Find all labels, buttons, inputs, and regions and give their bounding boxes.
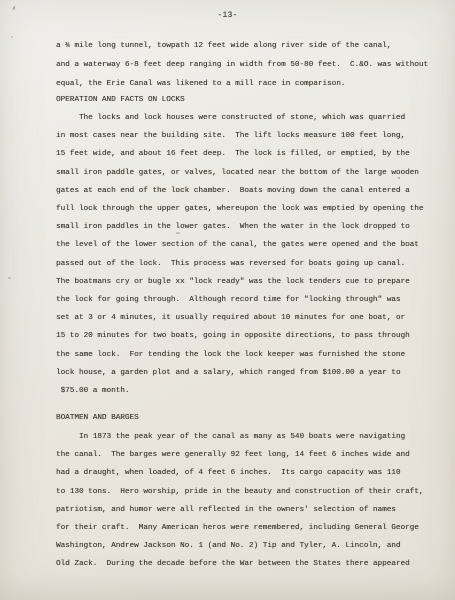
text-line: Washington, Andrew Jackson No. 1 (and No… bbox=[56, 537, 423, 555]
text-line: had a draught, when loaded, of 4 feet 6 … bbox=[56, 464, 423, 482]
text-line: $75.00 a month. bbox=[56, 382, 423, 400]
text-line: a ¾ mile long tunnel, towpath 12 feet wi… bbox=[56, 37, 428, 56]
text-line: 15 to 20 minutes for two boats, going in… bbox=[56, 327, 423, 345]
scan-speck bbox=[12, 6, 15, 10]
section-heading: BOATMEN AND BARGES bbox=[56, 409, 139, 427]
text-line: the lock for going through. Although rec… bbox=[56, 291, 423, 309]
section-heading: OPERATION AND FACTS ON LOCKS bbox=[56, 91, 185, 109]
text-line: patriotism, and humor were all reflected… bbox=[56, 501, 423, 519]
text-line: In 1873 the peak year of the canal as ma… bbox=[56, 428, 423, 446]
text-line: to 130 tons. Hero worship, pride in the … bbox=[56, 483, 423, 501]
text-line: lock house, a garden plot and a salary, … bbox=[56, 364, 423, 382]
paragraph: In 1873 the peak year of the canal as ma… bbox=[56, 428, 423, 574]
text-line: and a waterway 6-8 feet deep ranging in … bbox=[56, 56, 428, 75]
paragraph: a ¾ mile long tunnel, towpath 12 feet wi… bbox=[56, 37, 428, 94]
text-line: gates at each end of the lock chamber. B… bbox=[56, 182, 423, 200]
text-line: Old Zack. During the decade before the W… bbox=[56, 555, 423, 573]
section-heading-block: OPERATION AND FACTS ON LOCKS bbox=[56, 91, 185, 109]
text-line: the level of the lower section of the ca… bbox=[56, 236, 423, 254]
text-line: 15 feet wide, and about 16 feet deep. Th… bbox=[56, 145, 423, 163]
scan-speck bbox=[11, 36, 13, 38]
paragraph: The locks and lock houses were construct… bbox=[56, 109, 423, 400]
text-line: small iron paddles in the lower gates. W… bbox=[56, 218, 423, 236]
document-page: -13- a ¾ mile long tunnel, towpath 12 fe… bbox=[0, 0, 455, 600]
text-line: full lock through the upper gates, where… bbox=[56, 200, 423, 218]
text-line: the same lock. For tending the lock the … bbox=[56, 346, 423, 364]
text-line: in most cases near the building site. Th… bbox=[56, 127, 423, 145]
page-number: -13- bbox=[0, 11, 455, 20]
text-line: small iron paddle gates, or valves, loca… bbox=[56, 164, 423, 182]
text-line: set at 3 or 4 minutes, it usually requir… bbox=[56, 309, 423, 327]
text-line: the canal. The barges were generally 92 … bbox=[56, 446, 423, 464]
scan-speck bbox=[8, 277, 11, 280]
text-line: The locks and lock houses were construct… bbox=[56, 109, 423, 127]
text-line: for their craft. Many American heros wer… bbox=[56, 519, 423, 537]
text-line: passed out of the lock. This process was… bbox=[56, 255, 423, 273]
section-heading-block: BOATMEN AND BARGES bbox=[56, 409, 139, 427]
text-line: The boatmans cry or bugle xx "lock ready… bbox=[56, 273, 423, 291]
